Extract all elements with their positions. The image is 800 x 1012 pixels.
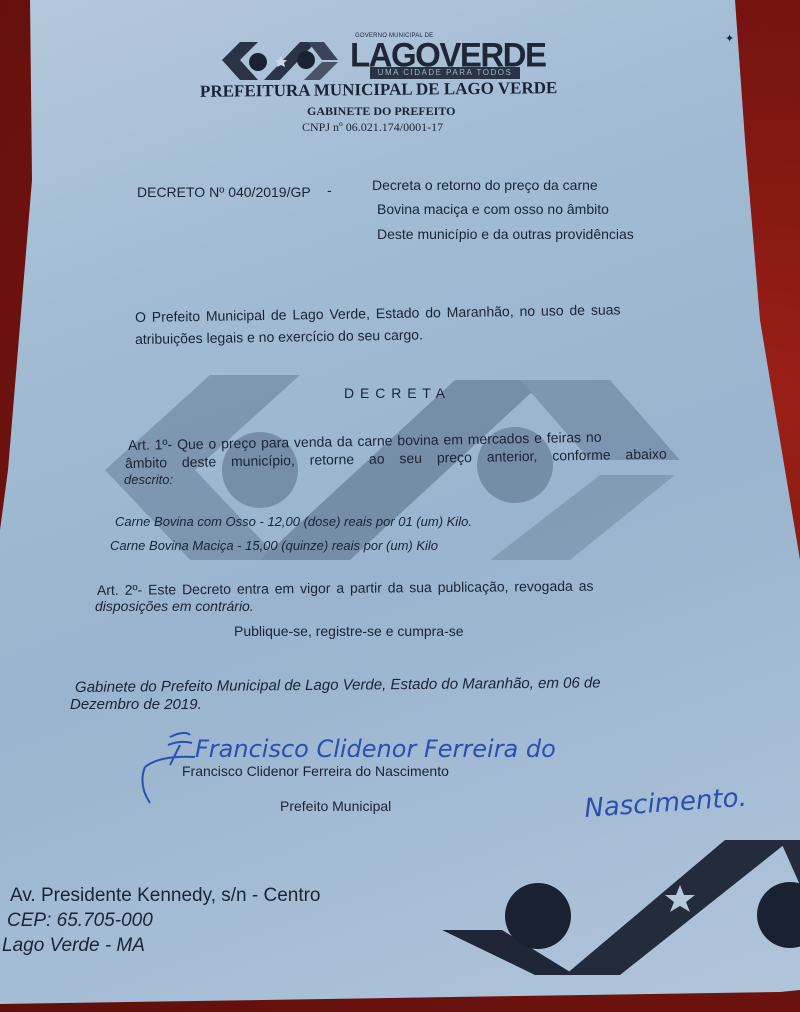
article-2-line: disposições em contrário. xyxy=(95,598,254,614)
price-item-macica: Carne Bovina Maciça - 15,00 (quinze) rea… xyxy=(110,538,438,553)
article-1-line: descrito: xyxy=(124,472,173,487)
footer-cep: CEP: 65.705-000 xyxy=(7,910,153,932)
decree-summary-line: Decreta o retorno do preço da carne xyxy=(372,177,598,193)
decree-heading: D E C R E T A xyxy=(344,385,446,401)
decorative-mark: ✦ xyxy=(725,32,734,45)
lago-verde-emblem-icon xyxy=(220,38,340,84)
preamble-line: atribuições legais e no exercício do seu… xyxy=(135,326,423,347)
brand-tagline: UMA CIDADE PARA TODOS xyxy=(370,67,520,79)
cnpj-number: CNPJ nº 06.021.174/0001-17 xyxy=(302,120,443,135)
signatory-role: Prefeito Municipal xyxy=(280,798,391,814)
signatory-name: Francisco Clidenor Ferreira do Nasciment… xyxy=(182,763,449,779)
document-subtitle: GABINETE DO PREFEITO xyxy=(307,104,455,119)
price-item-com-osso: Carne Bovina com Osso - 12,00 (dose) rea… xyxy=(115,514,472,529)
place-date-line: Dezembro de 2019. xyxy=(70,696,202,713)
closing-formula: Publique-se, registre-se e cumpra-se xyxy=(234,623,464,639)
handwritten-signature: Francisco Clidenor Ferreira do Nasciment… xyxy=(140,725,800,835)
article-2-line: Art. 2º- Este Decreto entra em vigor a p… xyxy=(97,578,594,598)
place-date-line: Gabinete do Prefeito Municipal de Lago V… xyxy=(75,674,601,696)
svg-text:Nascimento.: Nascimento. xyxy=(583,783,747,824)
footer-address: Av. Presidente Kennedy, s/n - Centro xyxy=(10,885,321,907)
decree-summary-line: Deste município e da outras providências xyxy=(377,226,634,242)
document-title: PREFEITURA MUNICIPAL DE LAGO VERDE xyxy=(200,78,558,102)
lago-verde-emblem-icon xyxy=(440,830,800,990)
decree-number: DECRETO Nº 040/2019/GP xyxy=(137,184,311,200)
decree-document: GOVERNO MUNICIPAL DE LAGOVERDE UMA CIDAD… xyxy=(0,0,800,1012)
svg-text:Francisco Clidenor Ferreira do: Francisco Clidenor Ferreira do xyxy=(195,735,556,763)
preamble-line: O Prefeito Municipal de Lago Verde, Esta… xyxy=(135,301,621,325)
decree-dash: - xyxy=(327,182,332,198)
footer-city: Lago Verde - MA xyxy=(2,935,145,957)
decree-summary-line: Bovina maciça e com osso no âmbito xyxy=(377,201,609,217)
